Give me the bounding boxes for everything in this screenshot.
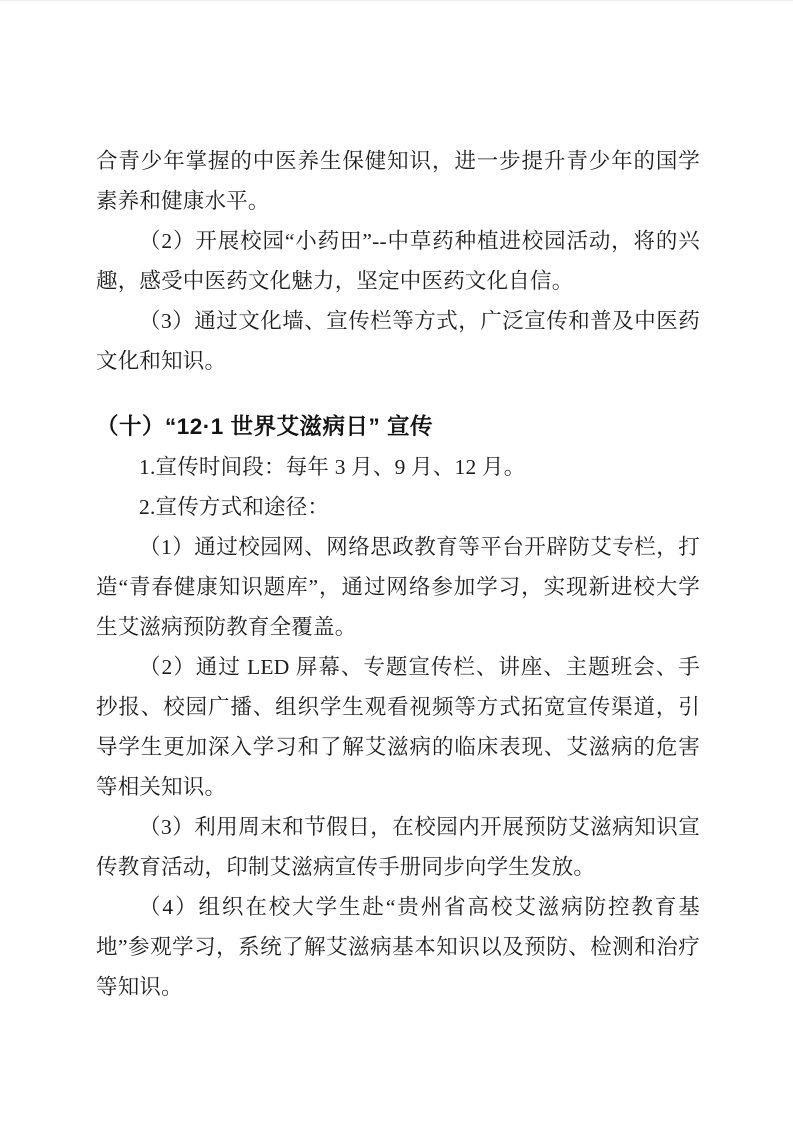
paragraph-aids-methods-label: 2.宣传方式和途径： xyxy=(96,487,700,527)
paragraph-tcm-item-2: （2）开展校园“小药田”--中草药种植进校园活动，将的兴趣，感受中医药文化魅力，… xyxy=(96,221,700,301)
paragraph-aids-schedule: 1.宣传时间段：每年 3 月、9 月、12 月。 xyxy=(96,447,700,487)
paragraph-tcm-continuation: 合青少年掌握的中医养生保健知识，进一步提升青少年的国学素养和健康水平。 xyxy=(96,141,700,221)
document-page: 合青少年掌握的中医养生保健知识，进一步提升青少年的国学素养和健康水平。 （2）开… xyxy=(0,0,793,1122)
document-content: 合青少年掌握的中医养生保健知识，进一步提升青少年的国学素养和健康水平。 （2）开… xyxy=(96,141,700,1007)
paragraph-aids-method-2: （2）通过 LED 屏幕、专题宣传栏、讲座、主题班会、手抄报、校园广播、组织学生… xyxy=(96,647,700,807)
paragraph-aids-method-1: （1）通过校园网、网络思政教育等平台开辟防艾专栏，打造“青春健康知识题库”，通过… xyxy=(96,527,700,647)
section-heading-world-aids-day: （十）“12·1 世界艾滋病日” 宣传 xyxy=(96,407,700,447)
paragraph-tcm-item-3: （3）通过文化墙、宣传栏等方式，广泛宣传和普及中医药文化和知识。 xyxy=(96,301,700,381)
paragraph-aids-method-3: （3）利用周末和节假日，在校园内开展预防艾滋病知识宣传教育活动，印制艾滋病宣传手… xyxy=(96,807,700,887)
paragraph-aids-method-4: （4）组织在校大学生赴“贵州省高校艾滋病防控教育基地”参观学习，系统了解艾滋病基… xyxy=(96,887,700,1007)
